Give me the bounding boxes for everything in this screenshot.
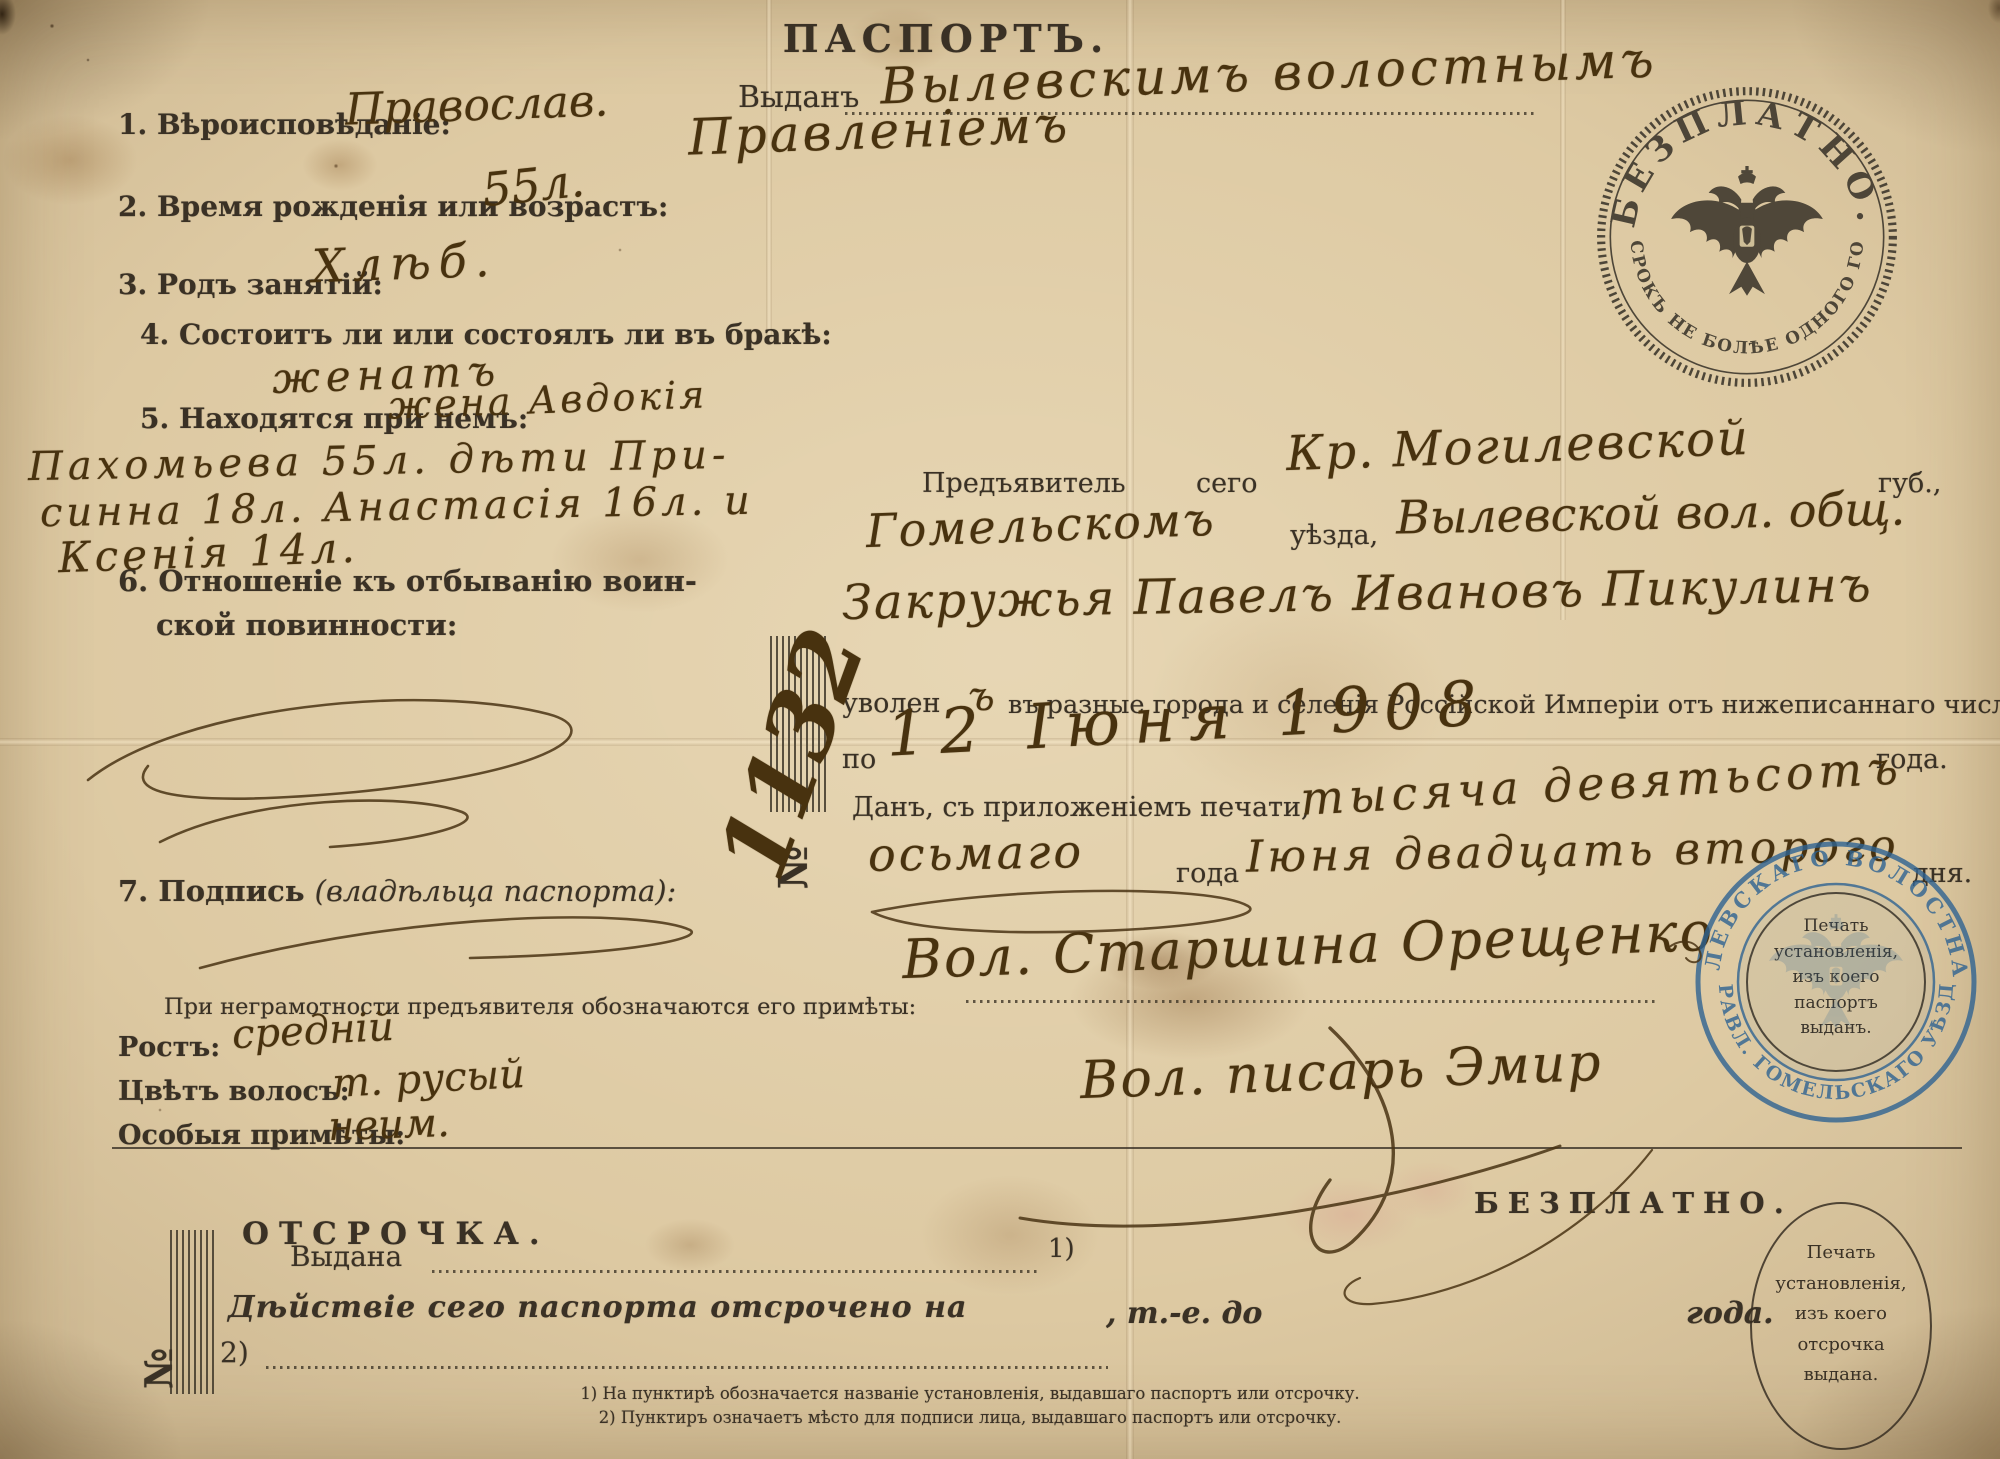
year-hand-2: осьмаго (868, 824, 1085, 882)
signature-dotted-line (966, 1000, 1656, 1003)
height-value: средній (231, 1004, 395, 1058)
footnote1-mark: 1) (1048, 1234, 1075, 1264)
uyezda-label: уѣзда, (1290, 520, 1378, 551)
flourish-vydana-curve (1345, 1150, 1652, 1304)
passport-seal-line1: Печать (1748, 914, 1924, 940)
special-marks-value: неим. (327, 1100, 450, 1150)
section-divider (112, 1147, 1962, 1149)
pisar-signature: Вол. писарь Эмир (1079, 1033, 1603, 1111)
bearer-origin-hand: Кр. Могилевской (1285, 410, 1751, 482)
hair-label: Цвѣтъ волосъ: (118, 1076, 350, 1107)
te-do-label: , т.-е. до (1106, 1296, 1262, 1331)
field-1-value: Православ. (344, 75, 609, 135)
dan-label: Данъ, съ приложеніемъ печати, (852, 792, 1310, 823)
passport-seal-circle: Печать установленія, изъ коего паспортъ … (1746, 892, 1926, 1072)
otsrochka-number-label: № (136, 1348, 181, 1389)
passport-seal-line3: изъ коего (1748, 965, 1924, 991)
otsrochka-seal-line5: выдана. (1752, 1360, 1930, 1391)
year-hand-1: тысяча девятьсотъ (1299, 740, 1904, 825)
passport-seal-line5: выданъ. (1748, 1016, 1924, 1042)
field-6-label-line2: ской повинности: (156, 608, 457, 642)
field-6-label-line1: 6. Отношеніе къ отбыванію воин- (118, 564, 697, 598)
free-stamp: БЕЗПЛАТНО. НА СРОКЪ НЕ БОЛѢЕ ОДНОГО ГОДА… (1594, 84, 1900, 390)
field-7-label-text: 7. Подпись (118, 874, 305, 908)
otsrochka-seal-line3: изъ коего (1752, 1299, 1930, 1330)
field-7-label-paren: (владѣльца паспорта): (315, 874, 677, 908)
otsrochka-seal-line4: отсрочка (1752, 1330, 1930, 1361)
bezplatno-heading: БЕЗПЛАТНО. (1474, 1186, 1793, 1220)
field-2-value: 55л. (479, 153, 587, 217)
day-hand: Іюня двадцать второго (1246, 820, 1900, 882)
presenter-label: Предъявитель (922, 468, 1126, 499)
passport-seal-line4: паспортъ (1748, 991, 1924, 1017)
otsrochka-seal-ellipse: Печать установленія, изъ коего отсрочка … (1750, 1202, 1932, 1450)
bearer-name-hand: Закружья Павелъ Ивановъ Пикулинъ (842, 557, 1873, 631)
flourish-military-2 (160, 801, 468, 847)
vydana-label: Выдана (290, 1240, 402, 1273)
footnote-line2: 2) Пунктиръ означаетъ мѣсто для подписи … (500, 1406, 1440, 1430)
field-7-label: 7. Подпись (владѣльца паспорта): (118, 874, 676, 908)
goda2-label: года (1176, 858, 1239, 889)
bearer-uyezd-hand: Гомельскомъ (865, 492, 1216, 558)
footnote2-mark: 2) (220, 1336, 249, 1369)
dnya-label: дня. (1912, 858, 1972, 889)
flourish-signature-7 (200, 917, 692, 968)
deferred-label: Дѣйствіе сего паспорта отсрочено на (228, 1290, 967, 1325)
passport-seal-line2: установленія, (1748, 940, 1924, 966)
footnote-line1: 1) На пунктирѣ обозначается названіе уст… (500, 1382, 1440, 1406)
otsrochka-seal-line1: Печать (1752, 1238, 1930, 1269)
height-label: Ростъ: (118, 1032, 220, 1063)
footnotes: 1) На пунктирѣ обозначается названіе уст… (500, 1382, 1440, 1430)
vydana-dotted-line (432, 1270, 1040, 1273)
starshina-signature: Вол. Старшина Орещенко (901, 900, 1715, 991)
hair-value: т. русый (331, 1051, 526, 1107)
issued-hand-line2: Правленіемъ (687, 95, 1071, 166)
bearer-volost-hand: Вылевской вол. общ. (1396, 482, 1906, 545)
otsrochka-dotted-line (266, 1366, 1108, 1369)
passport-document: ПАСПОРТЪ. Выданъ Вылевскимъ волостнымъ П… (0, 0, 2000, 1459)
field-3-value: Хлѣб. (311, 233, 498, 293)
otsrochka-seal-line2: установленія, (1752, 1269, 1930, 1300)
eagle-icon (1671, 166, 1823, 296)
flourish-military-1 (88, 700, 571, 798)
